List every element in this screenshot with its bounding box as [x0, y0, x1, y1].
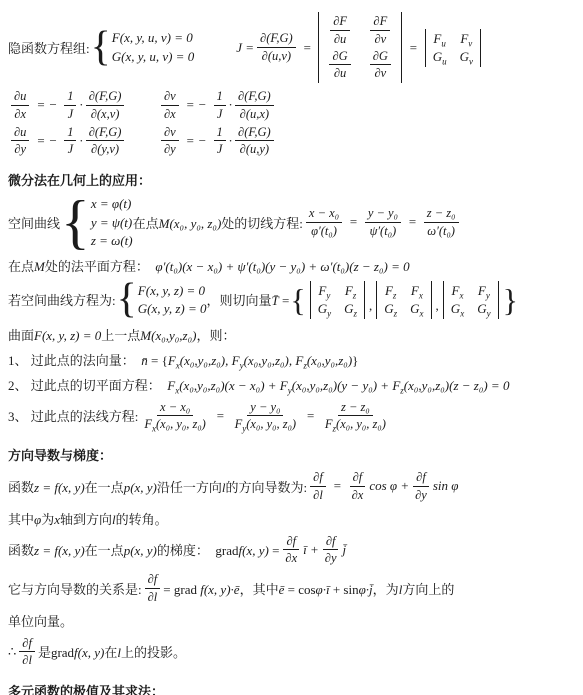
cos-term: cos φ +: [369, 478, 409, 494]
fraction: z − z₀Fz(x₀, y₀, z₀): [322, 400, 389, 433]
fraction: 1J: [214, 89, 226, 122]
denominator: J: [65, 106, 77, 122]
equals-minus-sign: = −: [36, 133, 57, 149]
numerator: ∂(F,G): [86, 89, 125, 106]
equals-sign: =: [303, 40, 312, 56]
denominator: ∂l: [310, 487, 326, 503]
normal-vector-text: 1、 过此点的法向量： n̄ = {Fx(x₀,y₀,z₀), Fy(x₀,y₀…: [8, 350, 358, 369]
curve-system-label: 若空间曲线方程为:: [8, 290, 116, 309]
dot-operator: ·: [229, 97, 232, 113]
normal-plane-line: 在点M处的法平面方程： φ′(t₀)(x − x₀) + ψ′(t₀)(y − …: [8, 256, 581, 275]
tangent-vector-determinant-3: Fx Fy Gx Gy: [443, 281, 499, 319]
tangent-vector-line: 若空间曲线方程为: { F(x, y, z) = 0 G(x, y, z) = …: [8, 281, 581, 319]
numerator: ∂(F,G): [86, 125, 125, 142]
implicit-system-label: 隐函数方程组:: [8, 38, 90, 57]
numerator: x − x₀: [306, 206, 342, 223]
fraction: ∂F ∂u: [330, 14, 350, 47]
denominator: ∂v: [371, 65, 389, 81]
implicit-system-line: 隐函数方程组: { F(x, y, u, v) = 0 G(x, y, u, v…: [8, 12, 581, 83]
partial-dv-dy: ∂v∂y = − 1J · ∂(F,G)∂(u,y): [158, 125, 277, 158]
numerator: y − y₀: [365, 206, 401, 223]
curve-parametric-stack: x = φ(t) y = ψ(t) z = ω(t): [91, 195, 133, 250]
jacobian-fraction: ∂(F,G) ∂(u,v): [257, 31, 296, 64]
dot-operator: ·: [229, 133, 232, 149]
equals-sign: =: [408, 214, 417, 230]
left-brace-icon: {: [61, 198, 90, 247]
curve-eq-z: z = ω(t): [91, 232, 133, 250]
numerator: ∂u: [11, 89, 29, 106]
tangent-plane-line: 2、 过此点的切平面方程： Fx(x₀,y₀,z₀)(x − x₀) + Fy(…: [8, 375, 581, 394]
numerator: ∂G: [370, 49, 391, 66]
numerator: ∂(F,G): [235, 89, 274, 106]
denominator: J: [214, 106, 226, 122]
numerator: ∂v: [161, 125, 179, 142]
jacobian-determinant-partials: ∂F ∂u ∂F ∂v ∂G ∂u ∂G ∂v: [318, 12, 401, 83]
numerator: ∂f: [145, 572, 161, 589]
surface-intro-text: 曲面F(x, y, z) = 0上一点M(x₀,y₀,z₀)，则：: [8, 325, 235, 344]
denominator: ∂(u,y): [237, 141, 272, 157]
determinant-cell: Gy: [477, 301, 490, 317]
numerator: z − z₀: [338, 400, 373, 417]
fraction: z − z₀ω′(t₀): [424, 206, 459, 239]
fraction: 1J: [214, 125, 226, 158]
denominator: ∂y: [161, 141, 179, 157]
fraction: ∂f∂l: [145, 572, 161, 605]
denominator: ∂(u,v): [259, 48, 294, 64]
curve-system-stack: F(x, y, z) = 0 G(x, y, z) = 0: [138, 282, 207, 318]
i-vector-term: ī +: [303, 542, 319, 558]
partial-du-dx: ∂u∂x = − 1J · ∂(F,G)∂(x,v): [8, 89, 127, 122]
numerator: ∂(F,G): [235, 125, 274, 142]
numerator: ∂v: [161, 89, 179, 106]
projection-line: ∴ ∂f∂l 是gradf(x, y)在l上的投影。: [8, 636, 581, 669]
determinant-cell: Gx: [410, 301, 423, 317]
determinant-cell: Fx: [452, 283, 464, 299]
equals-sign: =: [306, 408, 315, 424]
fraction: 1J: [64, 89, 76, 122]
therefore-symbol: ∴: [8, 644, 16, 660]
numerator: y − y₀: [247, 400, 283, 417]
left-brace-icon: {: [91, 30, 111, 64]
space-curve-label: 空间曲线: [8, 213, 60, 232]
numerator: ∂F: [370, 14, 390, 31]
fraction: ∂(F,G)∂(y,v): [86, 125, 125, 158]
denominator: ∂y: [322, 550, 340, 566]
denominator: Fx(x₀, y₀, z₀): [141, 416, 208, 432]
angle-note-line: 其中φ为x轴到方向l的转角。: [8, 509, 581, 528]
numerator: 1: [214, 89, 226, 106]
fraction: ∂(F,G)∂(u,y): [235, 125, 274, 158]
fraction: x − x₀φ′(t₀): [306, 206, 342, 239]
numerator: 1: [214, 125, 226, 142]
fraction: ∂(F,G)∂(u,x): [235, 89, 274, 122]
equals-sign: =: [333, 478, 342, 494]
right-brace-icon: }: [503, 287, 518, 313]
directional-derivative-line: 函数z = f(x, y)在一点p(x, y)沿任一方向l的方向导数为: ∂f∂…: [8, 470, 581, 503]
partial-du-dy: ∂u∂y = − 1J · ∂(F,G)∂(y,v): [8, 125, 127, 158]
denominator: J: [65, 141, 77, 157]
fraction: ∂G ∂u: [329, 49, 350, 82]
dot-operator: ·: [79, 97, 82, 113]
denominator: ∂x: [161, 106, 179, 122]
numerator: ∂(F,G): [257, 31, 296, 48]
curve-eq-f: F(x, y, z) = 0: [138, 282, 207, 300]
numerator: ∂G: [329, 49, 350, 66]
determinant-cell: Fy: [318, 283, 330, 299]
gradient-relation-line: 它与方向导数的关系是: ∂f∂l = grad f(x, y)·ē，其中ē = …: [8, 572, 581, 605]
equals-sign: =: [409, 40, 418, 56]
angle-note-text: 其中φ为x轴到方向l的转角。: [8, 509, 168, 528]
projection-text: 是gradf(x, y)在l上的投影。: [38, 642, 186, 661]
normal-line-label: 3、 过此点的法线方程:: [8, 406, 138, 425]
fraction: y − y₀Fy(x₀, y₀, z₀): [232, 400, 299, 433]
comma-separator: ,: [436, 298, 439, 314]
fraction: ∂f∂y: [322, 534, 340, 567]
denominator: ∂v: [371, 31, 389, 47]
denominator: ψ′(t₀): [367, 223, 400, 239]
fraction: 1J: [64, 125, 76, 158]
determinant-cell: Gz: [344, 301, 357, 317]
fraction: ∂f∂x: [349, 470, 367, 503]
calculus-formula-sheet: 隐函数方程组: { F(x, y, u, v) = 0 G(x, y, u, v…: [0, 0, 583, 695]
left-brace-icon: {: [290, 287, 305, 313]
fraction: ∂G ∂v: [370, 49, 391, 82]
space-curve-tangent-line: 空间曲线 { x = φ(t) y = ψ(t) z = ω(t) 在点M(x₀…: [8, 195, 581, 250]
denominator: φ′(t₀): [308, 223, 340, 239]
curve-eq-g: G(x, y, z) = 0: [138, 300, 207, 318]
dot-operator: ·: [79, 133, 82, 149]
partials-row-y: ∂u∂y = − 1J · ∂(F,G)∂(y,v) ∂v∂y = − 1J ·…: [8, 125, 581, 158]
tangent-vector-determinant-2: Fz Fx Gz Gx: [376, 281, 431, 319]
numerator: ∂f: [350, 470, 366, 487]
directional-derivative-label: 函数z = f(x, y)在一点p(x, y)沿任一方向l的方向导数为:: [8, 477, 307, 496]
heading-multivariable-extrema: 多元函数的极值及其求法：: [8, 681, 581, 695]
curve-eq-y: y = ψ(t): [91, 214, 133, 232]
heading-differential-geometry: 微分法在几何上的应用：: [8, 170, 581, 189]
relation-pre-text: 它与方向导数的关系是:: [8, 579, 142, 598]
determinant-cell: Gx: [451, 301, 464, 317]
tangent-equation-label: 在点M(x₀, y₀, z₀)处的切线方程:: [133, 213, 303, 232]
equals-sign: =: [216, 408, 225, 424]
numerator: 1: [64, 89, 76, 106]
comma-separator: ,: [369, 298, 372, 314]
unit-vector-text: 单位向量。: [8, 611, 73, 630]
numerator: ∂F: [330, 14, 350, 31]
numerator: ∂f: [283, 534, 299, 551]
jacobian-determinant-subscripts: Fu Fv Gu Gv: [425, 29, 481, 67]
denominator: ∂l: [19, 652, 35, 668]
denominator: ∂(y,v): [88, 141, 122, 157]
jacobian-lhs: J =: [236, 40, 254, 56]
fraction: ∂u∂x: [11, 89, 29, 122]
numerator: ∂f: [19, 636, 35, 653]
determinant-cell: Fx: [411, 283, 423, 299]
gradient-label: 函数z = f(x, y)在一点p(x, y)的梯度： gradf(x, y) …: [8, 540, 279, 559]
denominator: ∂u: [331, 65, 349, 81]
denominator: ∂u: [331, 31, 349, 47]
determinant-cell: Fu: [433, 31, 445, 47]
numerator: ∂f: [323, 534, 339, 551]
normal-line-equation: 3、 过此点的法线方程: x − x₀Fx(x₀, y₀, z₀) = y − …: [8, 400, 581, 433]
denominator: Fz(x₀, y₀, z₀): [322, 416, 389, 432]
normal-vector-line: 1、 过此点的法向量： n̄ = {Fx(x₀,y₀,z₀), Fy(x₀,y₀…: [8, 350, 581, 369]
surface-intro-line: 曲面F(x, y, z) = 0上一点M(x₀,y₀,z₀)，则：: [8, 325, 581, 344]
fraction: x − x₀Fx(x₀, y₀, z₀): [141, 400, 208, 433]
numerator: 1: [64, 125, 76, 142]
determinant-cells: Fy Fz Gy Gz: [318, 283, 357, 317]
denominator: ∂x: [11, 106, 29, 122]
fraction: ∂u∂y: [11, 125, 29, 158]
determinant-cell: Fz: [385, 283, 396, 299]
left-brace-icon: {: [117, 282, 137, 316]
numerator: ∂f: [413, 470, 429, 487]
fraction: ∂f∂y: [412, 470, 430, 503]
denominator: ∂(x,v): [88, 106, 123, 122]
denominator: ∂x: [349, 487, 367, 503]
determinant-cell: Gu: [433, 49, 447, 65]
determinant-cell: Gz: [384, 301, 397, 317]
determinant-cell: Fy: [478, 283, 490, 299]
denominator: Fy(x₀, y₀, z₀): [232, 416, 299, 432]
partial-dv-dx: ∂v∂x = − 1J · ∂(F,G)∂(u,x): [158, 89, 277, 122]
j-vector-term: j̄: [343, 542, 347, 558]
sin-term: sin φ: [433, 478, 459, 494]
equals-minus-sign: = −: [186, 133, 207, 149]
fraction: ∂(F,G)∂(x,v): [86, 89, 125, 122]
determinant-cell: Gy: [318, 301, 331, 317]
heading-directional-derivative: 方向导数与梯度：: [8, 445, 581, 464]
fraction: ∂f∂x: [282, 534, 300, 567]
denominator: J: [214, 141, 226, 157]
fraction: ∂F ∂v: [370, 14, 390, 47]
numerator: ∂f: [310, 470, 326, 487]
implicit-eq-g: G(x, y, u, v) = 0: [112, 48, 194, 66]
equals-sign: =: [349, 214, 358, 230]
implicit-eq-f: F(x, y, u, v) = 0: [112, 29, 194, 47]
determinant-cells: Fz Fx Gz Gx: [384, 283, 423, 317]
denominator: ∂(u,x): [237, 106, 272, 122]
denominator: ∂y: [11, 141, 29, 157]
unit-vector-line: 单位向量。: [8, 611, 581, 630]
determinant-cell: Fz: [345, 283, 356, 299]
partials-row-x: ∂u∂x = − 1J · ∂(F,G)∂(x,v) ∂v∂x = − 1J ·…: [8, 89, 581, 122]
gradient-definition-line: 函数z = f(x, y)在一点p(x, y)的梯度： gradf(x, y) …: [8, 534, 581, 567]
denominator: ∂l: [145, 589, 161, 605]
determinant-cell: Gv: [460, 49, 473, 65]
numerator: x − x₀: [157, 400, 193, 417]
fraction: ∂f∂l: [19, 636, 35, 669]
tangent-vector-label: ，则切向量T̄ =: [207, 290, 290, 309]
equals-minus-sign: = −: [36, 97, 57, 113]
denominator: ∂y: [412, 487, 430, 503]
determinant-cells: ∂F ∂u ∂F ∂v ∂G ∂u ∂G ∂v: [326, 14, 393, 81]
denominator: ∂x: [282, 550, 300, 566]
fraction: y − y₀ψ′(t₀): [365, 206, 401, 239]
determinant-cells: Fu Fv Gu Gv: [433, 31, 473, 65]
normal-plane-equation: 在点M处的法平面方程： φ′(t₀)(x − x₀) + ψ′(t₀)(y − …: [8, 256, 410, 275]
implicit-equation-stack: F(x, y, u, v) = 0 G(x, y, u, v) = 0: [112, 29, 194, 65]
fraction: ∂v∂x: [161, 89, 179, 122]
denominator: ω′(t₀): [424, 223, 458, 239]
equals-minus-sign: = −: [186, 97, 207, 113]
fraction: ∂f∂l: [310, 470, 326, 503]
determinant-cells: Fx Fy Gx Gy: [451, 283, 491, 317]
curve-eq-x: x = φ(t): [91, 195, 133, 213]
relation-post-text: = grad f(x, y)·ē，其中ē = cosφ·ī + sinφ·j̄，…: [163, 579, 454, 598]
tangent-vector-determinant-1: Fy Fz Gy Gz: [310, 281, 365, 319]
fraction: ∂v∂y: [161, 125, 179, 158]
determinant-cell: Fv: [460, 31, 472, 47]
tangent-plane-text: 2、 过此点的切平面方程： Fx(x₀,y₀,z₀)(x − x₀) + Fy(…: [8, 375, 509, 394]
numerator: ∂u: [11, 125, 29, 142]
numerator: z − z₀: [424, 206, 459, 223]
